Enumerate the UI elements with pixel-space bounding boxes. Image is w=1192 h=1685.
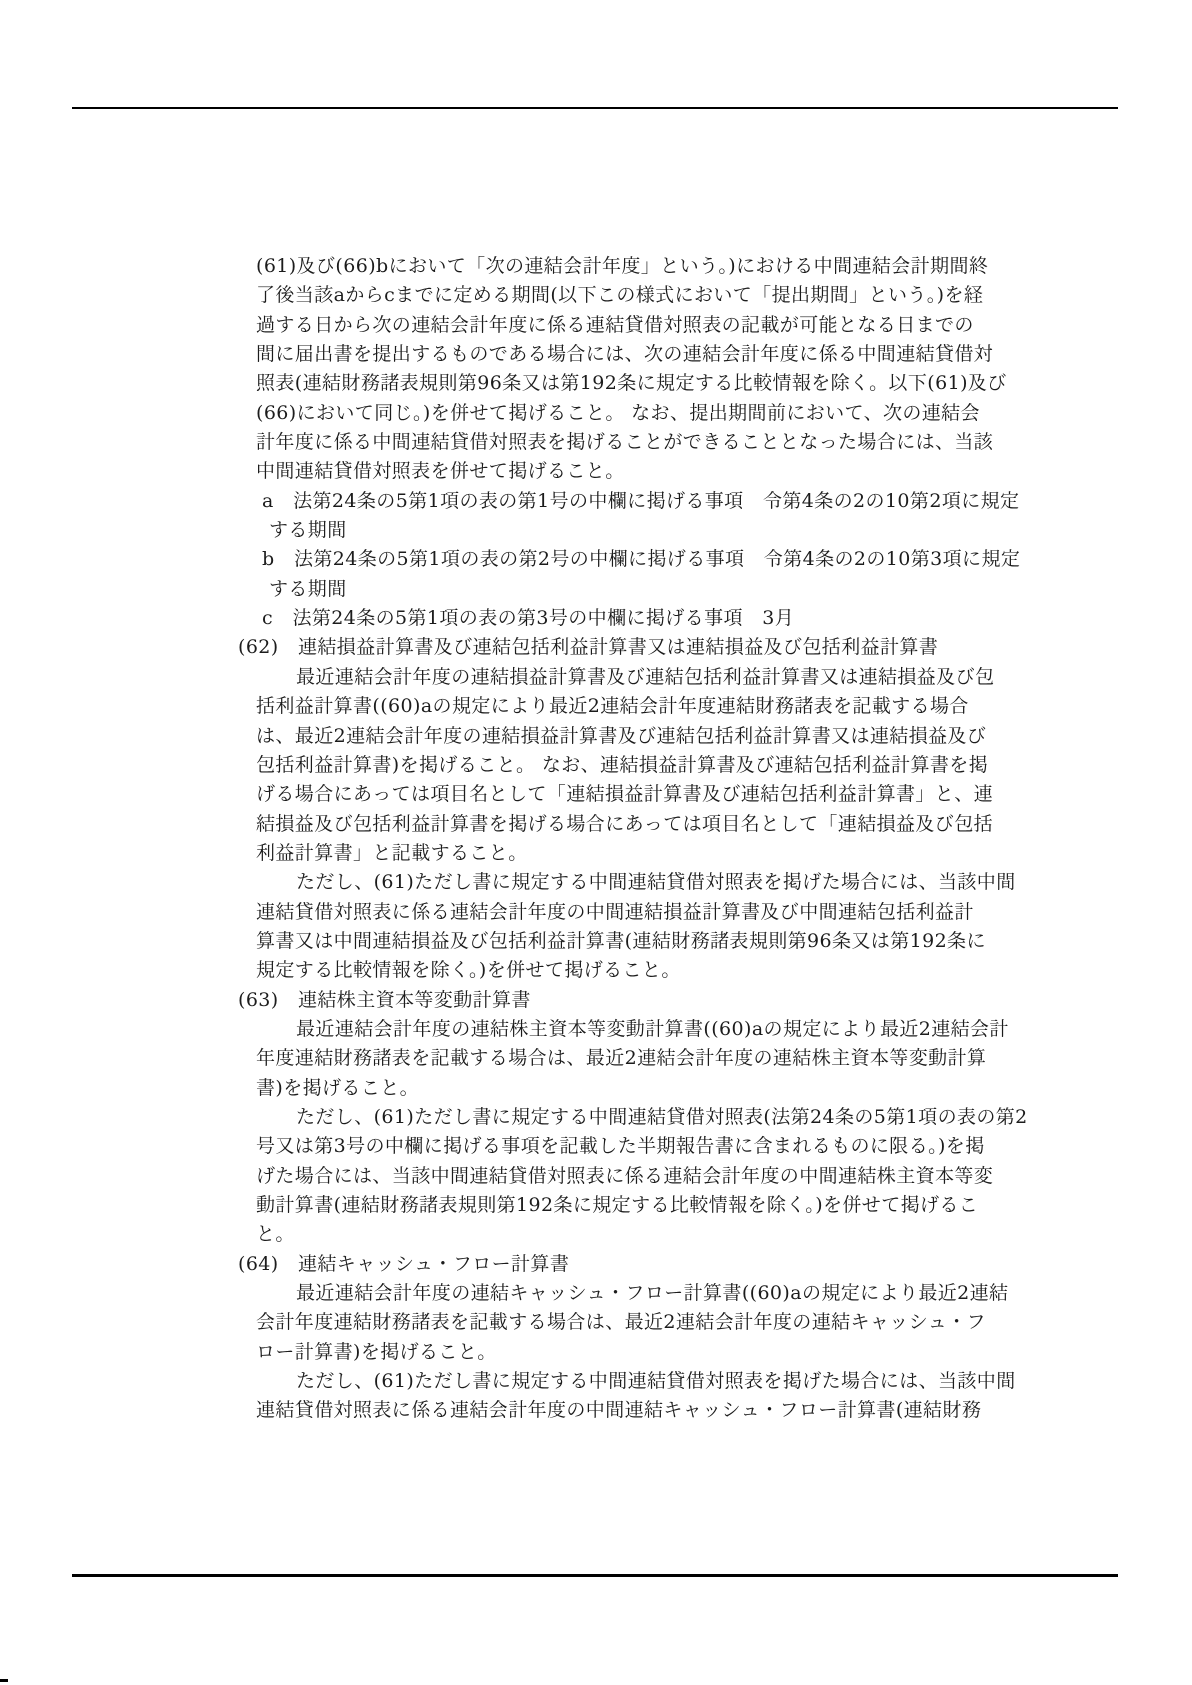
text-line: 間に届出書を提出するものである場合には、次の連結会計年度に係る中間連結貸借対	[256, 340, 954, 369]
text-line: 連結貸借対照表に係る連結会計年度の中間連結キャッシュ・フロー計算書(連結財務	[256, 1396, 954, 1425]
text-line: (62) 連結損益計算書及び連結包括利益計算書又は連結損益及び包括利益計算書	[238, 633, 954, 662]
text-line: 包括利益計算書)を掲げること。 なお、連結損益計算書及び連結包括利益計算書を掲	[256, 751, 954, 780]
text-line: 年度連結財務諸表を記載する場合は、最近2連結会計年度の連結株主資本等変動計算	[256, 1044, 954, 1073]
text-line: (66)において同じ。)を併せて掲げること。 なお、提出期間前において、次の連結…	[256, 399, 954, 428]
text-line: 利益計算書」と記載すること。	[256, 839, 954, 868]
text-line: げた場合には、当該中間連結貸借対照表に係る連結会計年度の中間連結株主資本等変	[256, 1162, 954, 1191]
header-rule	[72, 107, 1118, 109]
text-line: 計年度に係る中間連結貸借対照表を掲げることができることとなった場合には、当該	[256, 428, 954, 457]
text-line: 動計算書(連結財務諸表規則第192条に規定する比較情報を除く。)を併せて掲げるこ	[256, 1191, 954, 1220]
text-line: ただし、(61)ただし書に規定する中間連結貸借対照表(法第24条の5第1項の表の…	[296, 1103, 954, 1132]
text-line: 最近連結会計年度の連結株主資本等変動計算書((60)aの規定により最近2連結会計	[296, 1015, 954, 1044]
text-line: は、最近2連結会計年度の連結損益計算書及び連結包括利益計算書又は連結損益及び	[256, 722, 954, 751]
text-line: ただし、(61)ただし書に規定する中間連結貸借対照表を掲げた場合には、当該中間	[296, 868, 954, 897]
text-line: (61)及び(66)bにおいて「次の連結会計年度」という。)における中間連結会計…	[256, 252, 954, 281]
text-line: (64) 連結キャッシュ・フロー計算書	[238, 1250, 954, 1279]
text-line: b 法第24条の5第1項の表の第2号の中欄に掲げる事項 令第4条の2の10第3項…	[262, 545, 954, 574]
text-line: 書)を掲げること。	[256, 1074, 954, 1103]
text-line: ロー計算書)を掲げること。	[256, 1338, 954, 1367]
text-line: 了後当該aからcまでに定める期間(以下この様式において「提出期間」という。)を経	[256, 281, 954, 310]
text-line: 規定する比較情報を除く。)を併せて掲げること。	[256, 956, 954, 985]
text-line: 連結貸借対照表に係る連結会計年度の中間連結損益計算書及び中間連結包括利益計	[256, 898, 954, 927]
text-line: 最近連結会計年度の連結損益計算書及び連結包括利益計算書又は連結損益及び包	[296, 663, 954, 692]
text-line: 過する日から次の連結会計年度に係る連結貸借対照表の記載が可能となる日までの	[256, 311, 954, 340]
text-line: (63) 連結株主資本等変動計算書	[238, 986, 954, 1015]
text-line: 最近連結会計年度の連結キャッシュ・フロー計算書((60)aの規定により最近2連結	[296, 1279, 954, 1308]
text-line: 照表(連結財務諸表規則第96条又は第192条に規定する比較情報を除く。以下(61…	[256, 369, 954, 398]
text-line: 会計年度連結財務諸表を記載する場合は、最近2連結会計年度の連結キャッシュ・フ	[256, 1308, 954, 1337]
text-line: する期間	[269, 575, 954, 604]
footer-rule	[72, 1574, 1118, 1577]
scan-artifact-mark	[0, 1679, 8, 1682]
text-line: a 法第24条の5第1項の表の第1号の中欄に掲げる事項 令第4条の2の10第2項…	[262, 487, 954, 516]
text-line: する期間	[269, 516, 954, 545]
text-line: ただし、(61)ただし書に規定する中間連結貸借対照表を掲げた場合には、当該中間	[296, 1367, 954, 1396]
text-line: 号又は第3号の中欄に掲げる事項を記載した半期報告書に含まれるものに限る。)を掲	[256, 1132, 954, 1161]
text-line: と。	[256, 1220, 954, 1249]
text-line: 中間連結貸借対照表を併せて掲げること。	[256, 457, 954, 486]
text-line: げる場合にあっては項目名として「連結損益計算書及び連結包括利益計算書」と、連	[256, 780, 954, 809]
text-line: c 法第24条の5第1項の表の第3号の中欄に掲げる事項 3月	[262, 604, 954, 633]
document-text-block: (61)及び(66)bにおいて「次の連結会計年度」という。)における中間連結会計…	[238, 252, 954, 1426]
text-line: 算書又は中間連結損益及び包括利益計算書(連結財務諸表規則第96条又は第192条に	[256, 927, 954, 956]
text-line: 結損益及び包括利益計算書を掲げる場合にあっては項目名として「連結損益及び包括	[256, 810, 954, 839]
text-line: 括利益計算書((60)aの規定により最近2連結会計年度連結財務諸表を記載する場合	[256, 692, 954, 721]
